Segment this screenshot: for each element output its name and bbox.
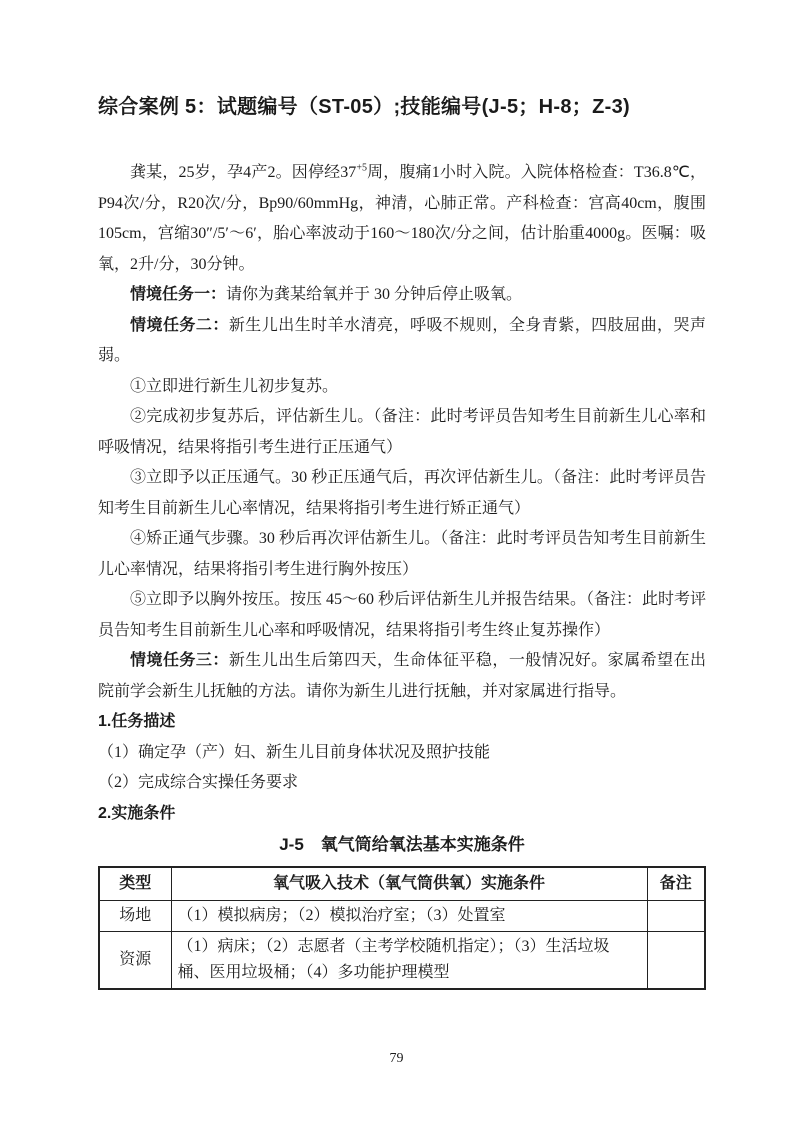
task1-paragraph: 情境任务一：请你为龚某给氧并于 30 分钟后停止吸氧。 [98,280,706,311]
document-page: 综合案例 5：试题编号（ST-05）;技能编号(J-5；H-8；Z-3) 龚某，… [0,0,793,1122]
document-content: 综合案例 5：试题编号（ST-05）;技能编号(J-5；H-8；Z-3) 龚某，… [98,92,706,990]
case-intro-paragraph: 龚某，25岁，孕4产2。因停经37+5周，腹痛1小时入院。入院体格检查：T36.… [98,158,706,280]
section-1-item-1: （1）确定孕（产）妇、新生儿目前身体状况及照护技能 [98,738,706,769]
step-3-paragraph: ③立即予以正压通气。30 秒正压通气后，再次评估新生儿。（备注：此时考评员告知考… [98,463,706,524]
row-site-type-cell: 场地 [99,900,171,931]
table-header-conditions: 氧气吸入技术（氧气筒供氧）实施条件 [171,867,647,901]
gestation-week-superscript: +5 [356,163,367,174]
table-row-site: 场地 （1）模拟病房；（2）模拟治疗室；（3）处置室 [99,900,705,931]
case-intro-text-1: 龚某，25岁，孕4产2。因停经37 [130,164,356,181]
table-row-resources: 资源 （1）病床；（2）志愿者（主考学校随机指定）；（3）生活垃圾桶、医用垃圾桶… [99,931,705,989]
page-number: 79 [0,1051,793,1067]
table-caption: J-5 氧气筒给氧法基本实施条件 [98,830,706,861]
task1-label: 情境任务一： [130,286,226,303]
step-4-paragraph: ④矫正通气步骤。30 秒后再次评估新生儿。（备注：此时考评员告知考生目前新生儿心… [98,524,706,585]
table-header-row: 类型 氧气吸入技术（氧气筒供氧）实施条件 备注 [99,867,705,901]
implementation-conditions-table: 类型 氧气吸入技术（氧气筒供氧）实施条件 备注 场地 （1）模拟病房；（2）模拟… [98,866,706,990]
row-resources-remark-cell [647,931,705,989]
task2-label: 情境任务二： [130,317,229,334]
section-2-heading: 2.实施条件 [98,799,706,830]
task3-label: 情境任务三： [130,652,229,669]
section-1-heading: 1.任务描述 [98,707,706,738]
step-5-paragraph: ⑤立即予以胸外按压。按压 45～60 秒后评估新生儿并报告结果。（备注：此时考评… [98,585,706,646]
row-site-remark-cell [647,900,705,931]
table-header-type: 类型 [99,867,171,901]
page-title: 综合案例 5：试题编号（ST-05）;技能编号(J-5；H-8；Z-3) [98,92,706,122]
task3-paragraph: 情境任务三：新生儿出生后第四天，生命体征平稳，一般情况好。家属希望在出院前学会新… [98,646,706,707]
task2-paragraph: 情境任务二：新生儿出生时羊水清亮，呼吸不规则，全身青紫，四肢屈曲，哭声弱。 [98,311,706,372]
row-resources-conditions-cell: （1）病床；（2）志愿者（主考学校随机指定）；（3）生活垃圾桶、医用垃圾桶；（4… [171,931,647,989]
row-resources-type-cell: 资源 [99,931,171,989]
table-header-remark: 备注 [647,867,705,901]
step-1-paragraph: ①立即进行新生儿初步复苏。 [98,372,706,403]
section-1-item-2: （2）完成综合实操任务要求 [98,768,706,799]
row-site-conditions-cell: （1）模拟病房；（2）模拟治疗室；（3）处置室 [171,900,647,931]
task1-text: 请你为龚某给氧并于 30 分钟后停止吸氧。 [226,286,522,303]
step-2-paragraph: ②完成初步复苏后，评估新生儿。（备注：此时考评员告知考生目前新生儿心率和呼吸情况… [98,402,706,463]
